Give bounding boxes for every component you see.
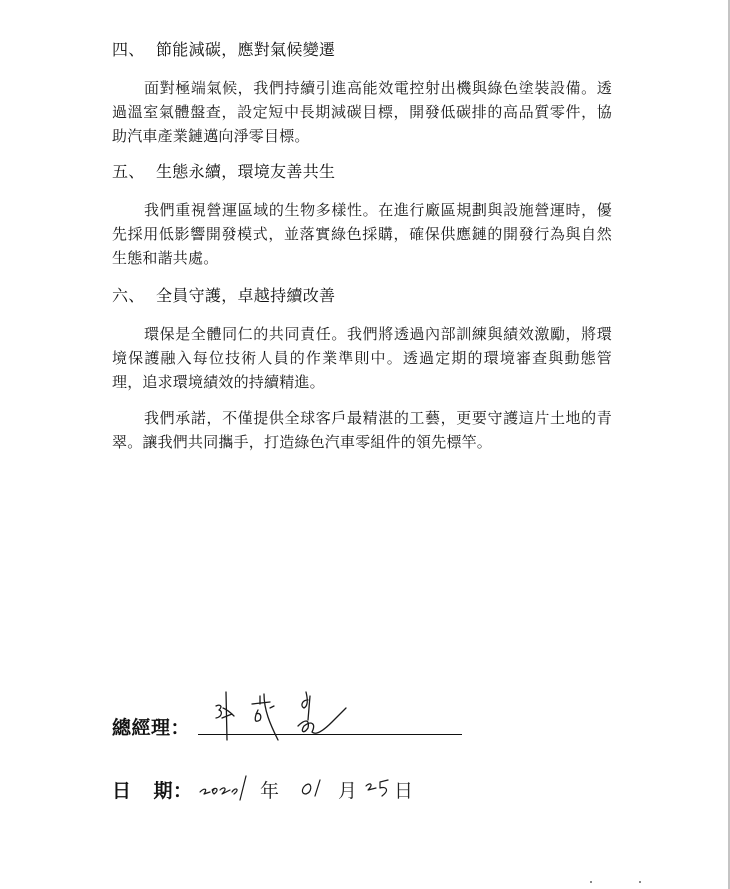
handwritten-year-icon — [198, 772, 256, 802]
handwritten-signature-icon — [208, 690, 368, 742]
scan-speck — [590, 881, 592, 883]
section-paragraph-5: 我們重視營運區域的生物多樣性。在進行廠區規劃與設施營運時，優先採用低影響開發模式… — [112, 198, 612, 270]
section-paragraph-6: 環保是全體同仁的共同責任。我們將透過內部訓練與績效激勵，將環境保護融入每位技術人… — [112, 322, 612, 394]
year-unit: 年 — [260, 776, 279, 803]
date-block: 日期： 年 月 日 — [112, 772, 432, 804]
general-manager-label: 總經理： — [112, 713, 190, 740]
section-number: 四、 — [112, 38, 156, 62]
section-heading-4: 四、節能減碳，應對氣候變遷 — [112, 38, 335, 62]
scan-speck — [639, 881, 641, 883]
section-heading-6: 六、全員守護，卓越持續改善 — [112, 284, 335, 308]
signature-block: 總經理： — [112, 710, 472, 740]
handwritten-month-icon — [298, 772, 328, 802]
section-number: 五、 — [112, 160, 156, 184]
section-heading-5: 五、生態永續，環境友善共生 — [112, 160, 335, 184]
date-label-part2: 期： — [154, 780, 193, 802]
closing-paragraph: 我們承諾，不僅提供全球客戶最精湛的工藝，更要守護這片土地的青翠。讓我們共同攜手，… — [112, 406, 612, 454]
date-label: 日期： — [112, 776, 193, 803]
month-unit: 月 — [338, 776, 357, 803]
date-label-part1: 日 — [112, 780, 132, 802]
section-title: 節能減碳，應對氣候變遷 — [156, 40, 335, 59]
section-title: 生態永續，環境友善共生 — [156, 162, 335, 181]
section-title: 全員守護，卓越持續改善 — [156, 286, 335, 305]
day-unit: 日 — [394, 776, 413, 803]
section-number: 六、 — [112, 284, 156, 308]
section-paragraph-4: 面對極端氣候，我們持續引進高能效電控射出機與綠色塗裝設備。透過溫室氣體盤查，設定… — [112, 76, 612, 148]
